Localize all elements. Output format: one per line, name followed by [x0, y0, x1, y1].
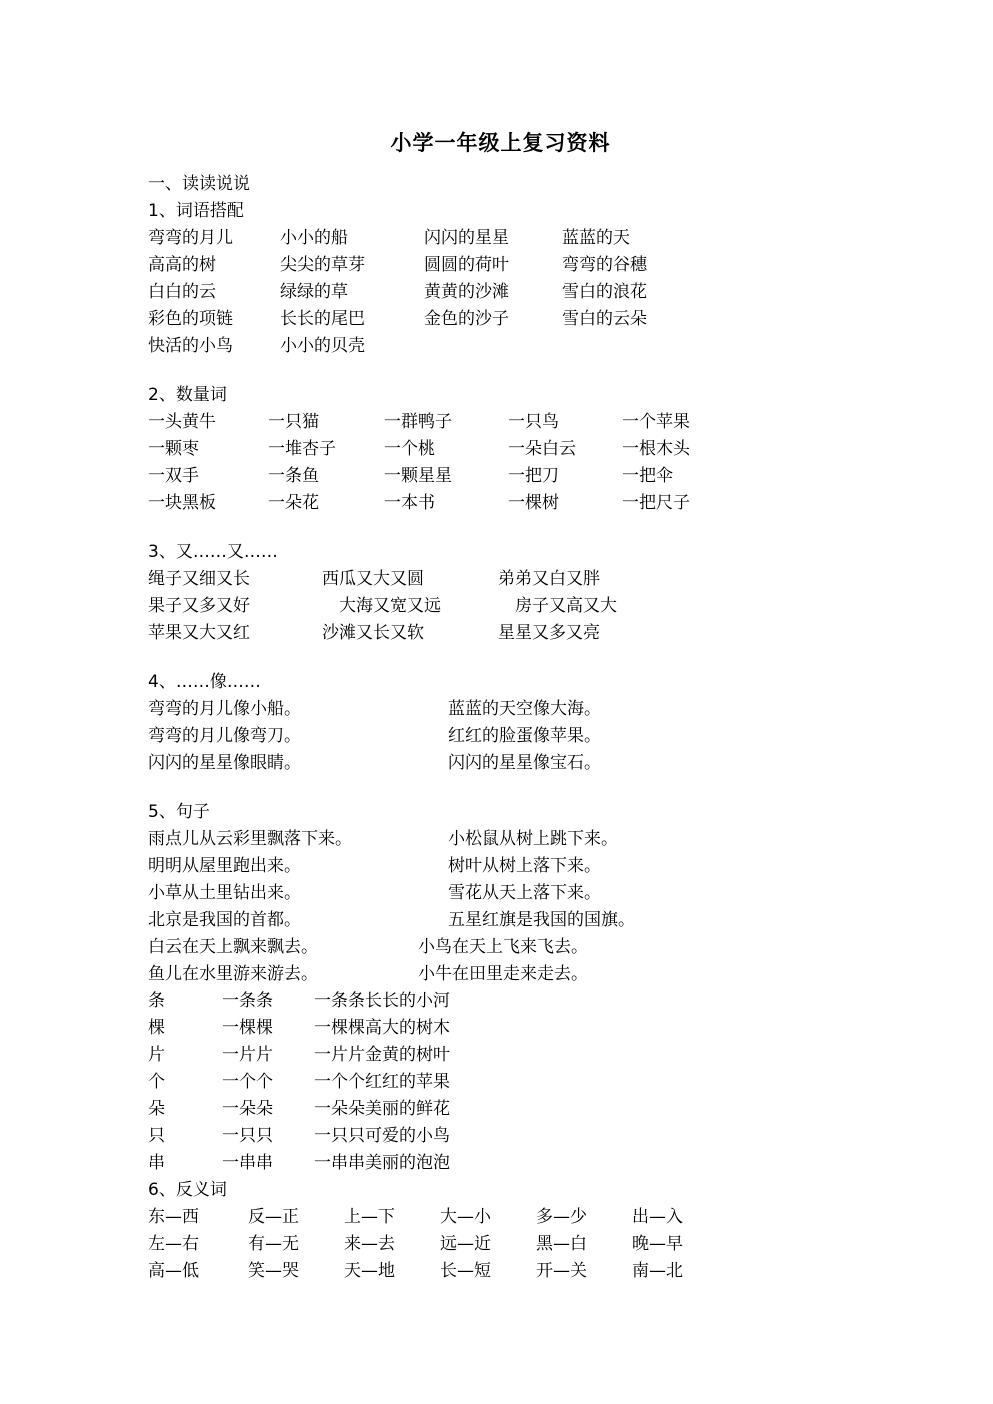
text-cell: 串 [148, 1150, 165, 1177]
text-cell: 白云在天上飘来飘去。 [148, 934, 318, 961]
text-row: 苹果又大又红沙滩又长又软星星又多又亮 [148, 620, 853, 647]
text-cell: 上—下 [344, 1204, 395, 1231]
text-cell: 南—北 [632, 1258, 683, 1285]
text-cell: 蓝蓝的天空像大海。 [448, 696, 601, 723]
section-heading-word-pairing: 1、词语搭配 [148, 198, 853, 225]
text-cell: 蓝蓝的天 [562, 225, 630, 252]
text-cell: 小鸟在天上飞来飞去。 [418, 934, 588, 961]
text-cell: 黄黄的沙滩 [424, 279, 509, 306]
text-cell: 一朵朵 [222, 1096, 273, 1123]
text-row: 弯弯的月儿像弯刀。红红的脸蛋像苹果。 [148, 723, 853, 750]
text-cell: 房子又高又大 [498, 593, 617, 620]
text-cell: 闪闪的星星像眼睛。 [148, 750, 301, 777]
text-row: 条一条条一条条长长的小河 [148, 988, 853, 1015]
section-you-you-pattern: 3、又……又……绳子又细又长西瓜又大又圆弟弟又白又胖果子又多又好 大海又宽又远 … [148, 539, 853, 647]
text-row: 东—西反—正上—下大—小多—少出—入 [148, 1204, 853, 1231]
text-cell: 一块黑板 [148, 490, 216, 517]
text-cell: 一棵棵 [222, 1015, 273, 1042]
text-row: 北京是我国的首都。五星红旗是我国的国旗。 [148, 907, 853, 934]
text-cell: 远—近 [440, 1231, 491, 1258]
text-cell: 一群鸭子 [384, 409, 452, 436]
text-cell: 长长的尾巴 [280, 306, 365, 333]
text-row: 串一串串一串串美丽的泡泡 [148, 1150, 853, 1177]
text-cell: 一把伞 [622, 463, 673, 490]
text-cell: 黑—白 [536, 1231, 587, 1258]
text-row: 一双手一条鱼一颗星星一把刀一把伞 [148, 463, 853, 490]
section-heading-you-you-pattern: 3、又……又…… [148, 539, 853, 566]
text-cell: 天—地 [344, 1258, 395, 1285]
text-cell: 红红的脸蛋像苹果。 [448, 723, 601, 750]
text-cell: 一棵棵高大的树木 [314, 1015, 450, 1042]
text-row: 绳子又细又长西瓜又大又圆弟弟又白又胖 [148, 566, 853, 593]
text-cell: 尖尖的草芽 [280, 252, 365, 279]
text-cell: 树叶从树上落下来。 [448, 853, 601, 880]
section-measure-word-patterns: 条一条条一条条长长的小河棵一棵棵一棵棵高大的树木片一片片一片片金黄的树叶个一个个… [148, 988, 853, 1177]
text-cell: 白白的云 [148, 279, 216, 306]
text-row: 一头黄牛一只猫一群鸭子一只鸟一个苹果 [148, 409, 853, 436]
text-cell: 左—右 [148, 1231, 199, 1258]
text-cell: 一只只 [222, 1123, 273, 1150]
text-row: 棵一棵棵一棵棵高大的树木 [148, 1015, 853, 1042]
text-cell: 一个个红红的苹果 [314, 1069, 450, 1096]
text-cell: 小小的贝壳 [280, 333, 365, 360]
text-cell: 彩色的项链 [148, 306, 233, 333]
text-row: 彩色的项链长长的尾巴金色的沙子雪白的云朵 [148, 306, 853, 333]
text-cell: 弯弯的月儿像弯刀。 [148, 723, 301, 750]
text-cell: 弯弯的月儿像小船。 [148, 696, 301, 723]
text-row: 高—低笑—哭天—地长—短开—关南—北 [148, 1258, 853, 1285]
text-row: 雨点儿从云彩里飘落下来。小松鼠从树上跳下来。 [148, 826, 853, 853]
text-cell: 金色的沙子 [424, 306, 509, 333]
text-row: 只一只只一只只可爱的小鸟 [148, 1123, 853, 1150]
text-cell: 一只鸟 [508, 409, 559, 436]
text-cell: 东—西 [148, 1204, 199, 1231]
text-cell: 小小的船 [280, 225, 348, 252]
text-cell: 反—正 [248, 1204, 299, 1231]
text-cell: 果子又多又好 [148, 593, 250, 620]
text-cell: 条 [148, 988, 165, 1015]
section-xiang-pattern: 4、……像……弯弯的月儿像小船。蓝蓝的天空像大海。弯弯的月儿像弯刀。红红的脸蛋像… [148, 669, 853, 777]
text-cell: 一双手 [148, 463, 199, 490]
text-cell: 多—少 [536, 1204, 587, 1231]
text-cell: 一朵白云 [508, 436, 576, 463]
text-cell: 明明从屋里跑出来。 [148, 853, 301, 880]
text-row: 个一个个一个个红红的苹果 [148, 1069, 853, 1096]
text-cell: 一片片 [222, 1042, 273, 1069]
text-cell: 一只只可爱的小鸟 [314, 1123, 450, 1150]
text-cell: 片 [148, 1042, 165, 1069]
text-row: 鱼儿在水里游来游去。小牛在田里走来走去。 [148, 961, 853, 988]
text-cell: 雪白的浪花 [562, 279, 647, 306]
text-cell: 一颗枣 [148, 436, 199, 463]
text-row: 高高的树尖尖的草芽圆圆的荷叶弯弯的谷穗 [148, 252, 853, 279]
text-cell: 一本书 [384, 490, 435, 517]
text-cell: 一棵树 [508, 490, 559, 517]
text-cell: 星星又多又亮 [498, 620, 600, 647]
text-row: 快活的小鸟小小的贝壳 [148, 333, 853, 360]
text-cell: 小牛在田里走来走去。 [418, 961, 588, 988]
text-cell: 高高的树 [148, 252, 216, 279]
text-cell: 一个个 [222, 1069, 273, 1096]
text-cell: 棵 [148, 1015, 165, 1042]
text-cell: 有—无 [248, 1231, 299, 1258]
text-cell: 一条条长长的小河 [314, 988, 450, 1015]
text-cell: 开—关 [536, 1258, 587, 1285]
text-cell: 小草从土里钻出来。 [148, 880, 301, 907]
text-cell: 雨点儿从云彩里飘落下来。 [148, 826, 352, 853]
section-antonyms: 6、反义词东—西反—正上—下大—小多—少出—入左—右有—无来—去远—近黑—白晚—… [148, 1177, 853, 1285]
page-title: 小学一年级上复习资料 [148, 0, 853, 158]
text-cell: 沙滩又长又软 [322, 620, 424, 647]
text-cell: 个 [148, 1069, 165, 1096]
section-word-pairing: 1、词语搭配弯弯的月儿小小的船闪闪的星星蓝蓝的天高高的树尖尖的草芽圆圆的荷叶弯弯… [148, 198, 853, 360]
text-cell: 一根木头 [622, 436, 690, 463]
section-quantity-words: 2、数量词一头黄牛一只猫一群鸭子一只鸟一个苹果一颗枣一堆杏子一个桃一朵白云一根木… [148, 382, 853, 517]
text-cell: 一条条 [222, 988, 273, 1015]
text-cell: 一颗星星 [384, 463, 452, 490]
text-row: 小草从土里钻出来。雪花从天上落下来。 [148, 880, 853, 907]
text-row: 片一片片一片片金黄的树叶 [148, 1042, 853, 1069]
text-row: 明明从屋里跑出来。树叶从树上落下来。 [148, 853, 853, 880]
sections: 1、词语搭配弯弯的月儿小小的船闪闪的星星蓝蓝的天高高的树尖尖的草芽圆圆的荷叶弯弯… [148, 198, 853, 1285]
text-cell: 快活的小鸟 [148, 333, 233, 360]
text-row: 一颗枣一堆杏子一个桃一朵白云一根木头 [148, 436, 853, 463]
text-cell: 一只猫 [268, 409, 319, 436]
text-row: 闪闪的星星像眼睛。闪闪的星星像宝石。 [148, 750, 853, 777]
text-cell: 一片片金黄的树叶 [314, 1042, 450, 1069]
text-cell: 弯弯的谷穗 [562, 252, 647, 279]
section-heading-xiang-pattern: 4、……像…… [148, 669, 853, 696]
text-row: 果子又多又好 大海又宽又远 房子又高又大 [148, 593, 853, 620]
text-cell: 雪花从天上落下来。 [448, 880, 601, 907]
text-cell: 一头黄牛 [148, 409, 216, 436]
text-row: 白云在天上飘来飘去。小鸟在天上飞来飞去。 [148, 934, 853, 961]
text-row: 一块黑板一朵花一本书一棵树一把尺子 [148, 490, 853, 517]
document-page: 小学一年级上复习资料 一、读读说说 1、词语搭配弯弯的月儿小小的船闪闪的星星蓝蓝… [0, 0, 993, 1404]
text-cell: 朵 [148, 1096, 165, 1123]
text-cell: 一串串 [222, 1150, 273, 1177]
text-cell: 一把尺子 [622, 490, 690, 517]
text-cell: 一条鱼 [268, 463, 319, 490]
text-cell: 一把刀 [508, 463, 559, 490]
text-cell: 绿绿的草 [280, 279, 348, 306]
text-cell: 笑—哭 [248, 1258, 299, 1285]
text-cell: 一串串美丽的泡泡 [314, 1150, 450, 1177]
section-heading-antonyms: 6、反义词 [148, 1177, 853, 1204]
part-heading: 一、读读说说 [148, 171, 853, 198]
text-row: 弯弯的月儿小小的船闪闪的星星蓝蓝的天 [148, 225, 853, 252]
text-cell: 一个桃 [384, 436, 435, 463]
text-cell: 大—小 [440, 1204, 491, 1231]
text-cell: 高—低 [148, 1258, 199, 1285]
text-cell: 苹果又大又红 [148, 620, 250, 647]
text-cell: 来—去 [344, 1231, 395, 1258]
section-sentences-continued: 白云在天上飘来飘去。小鸟在天上飞来飞去。鱼儿在水里游来游去。小牛在田里走来走去。 [148, 934, 853, 988]
section-heading-quantity-words: 2、数量词 [148, 382, 853, 409]
section-sentences: 5、句子雨点儿从云彩里飘落下来。小松鼠从树上跳下来。明明从屋里跑出来。树叶从树上… [148, 799, 853, 934]
text-cell: 一个苹果 [622, 409, 690, 436]
text-cell: 弟弟又白又胖 [498, 566, 600, 593]
text-cell: 绳子又细又长 [148, 566, 250, 593]
text-cell: 一朵花 [268, 490, 319, 517]
text-row: 弯弯的月儿像小船。蓝蓝的天空像大海。 [148, 696, 853, 723]
text-cell: 闪闪的星星像宝石。 [448, 750, 601, 777]
text-row: 朵一朵朵一朵朵美丽的鲜花 [148, 1096, 853, 1123]
text-cell: 出—入 [632, 1204, 683, 1231]
text-cell: 五星红旗是我国的国旗。 [448, 907, 635, 934]
text-row: 白白的云绿绿的草黄黄的沙滩雪白的浪花 [148, 279, 853, 306]
text-cell: 长—短 [440, 1258, 491, 1285]
text-cell: 一朵朵美丽的鲜花 [314, 1096, 450, 1123]
text-cell: 只 [148, 1123, 165, 1150]
text-cell: 小松鼠从树上跳下来。 [448, 826, 618, 853]
text-cell: 一堆杏子 [268, 436, 336, 463]
text-cell: 圆圆的荷叶 [424, 252, 509, 279]
text-cell: 雪白的云朵 [562, 306, 647, 333]
text-cell: 闪闪的星星 [424, 225, 509, 252]
text-cell: 大海又宽又远 [322, 593, 441, 620]
document-content: 小学一年级上复习资料 一、读读说说 1、词语搭配弯弯的月儿小小的船闪闪的星星蓝蓝… [148, 0, 853, 1285]
text-cell: 鱼儿在水里游来游去。 [148, 961, 318, 988]
text-cell: 北京是我国的首都。 [148, 907, 301, 934]
text-cell: 晚—早 [632, 1231, 683, 1258]
section-heading-sentences: 5、句子 [148, 799, 853, 826]
text-cell: 弯弯的月儿 [148, 225, 233, 252]
text-row: 左—右有—无来—去远—近黑—白晚—早 [148, 1231, 853, 1258]
text-cell: 西瓜又大又圆 [322, 566, 424, 593]
